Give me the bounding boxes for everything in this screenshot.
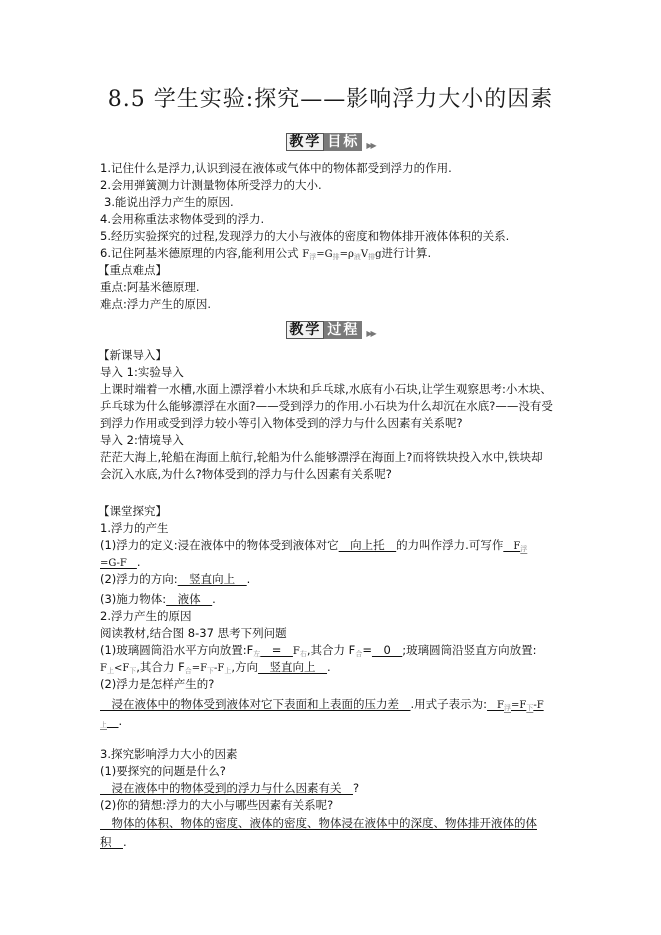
page-title: 8.5 学生实验:探究——影响浮力大小的因素 (0, 82, 661, 113)
goal-item: 1.记住什么是浮力,认识到浸在液体或气体中的物体都受到浮力的作用. (100, 160, 452, 176)
s3-q1-answer: 浸在液体中的物体受到的浮力与什么因素有关 ? (100, 780, 359, 796)
section-badge-process: 教学过程▶▶ (0, 319, 661, 339)
answer-blank: 积 (100, 835, 123, 849)
key-points-header: 【重点难点】 (98, 262, 167, 278)
intro1-title: 导入 1:实验导入 (100, 364, 184, 380)
intro1-line: 上课时端着一水槽,水面上漂浮着小木块和乒乓球,水底有小石块,让学生观察思考:小木… (100, 381, 552, 397)
double-arrow-icon: ▶▶ (366, 329, 374, 338)
s1-q3: (3)施力物体: 液体 . (100, 591, 216, 607)
answer-blank: 浸在液体中的物体受到的浮力与什么因素有关 (100, 781, 353, 795)
answer-blank: 竖直向上 (178, 572, 247, 586)
s1-q1: (1)浮力的定义:浸在液体中的物体受到液体对它 向上托 的力叫作浮力.可写作 F… (100, 537, 527, 557)
s2-q2-cont: 上 . (100, 713, 122, 733)
intro1-line: 乒乓球为什么能够漂浮在水面?——受到浮力的作用.小石块为什么却沉在水底?——没有… (100, 398, 553, 414)
answer-blank: 液体 (166, 592, 212, 606)
answer-blank: F (503, 541, 520, 552)
s3-q2-answer: 物体的体积、物体的密度、液体的密度、物体浸在液体中的深度、物体排开液体的体 (100, 815, 537, 831)
badge-right-label: 目标 (324, 133, 362, 151)
document-page: 8.5 学生实验:探究——影响浮力大小的因素 教学目标▶▶ 1.记住什么是浮力,… (0, 0, 661, 935)
explore-header: 【课堂探究】 (98, 503, 167, 519)
intro1-line: 到浮力作用或受到浮力较小等引入物体受到的浮力与什么因素有关系呢? (100, 415, 463, 431)
badge-left-label: 教学 (286, 321, 324, 339)
intro2-line: 会沉入水底,为什么?物体受到的浮力与什么因素有关系呢? (100, 466, 392, 482)
s1-q2: (2)浮力的方向: 竖直向上 . (100, 571, 250, 587)
answer-blank: 浸在液体中的物体受到液体对它下表面和上表面的压力差 (100, 697, 411, 711)
goal-item: 5.经历实验探究的过程,发现浮力的大小与液体的密度和物体排开液体体积的关系. (100, 228, 509, 244)
s1-q1-cont: =G-F . (100, 554, 141, 572)
answer-blank: 向上托 (339, 538, 397, 552)
answer-blank: 物体的体积、物体的密度、液体的密度、物体浸在液体中的深度、物体排开液体的体 (100, 816, 537, 830)
badge-right-label: 过程 (324, 321, 362, 339)
goal-item: 2.会用弹簧测力计测量物体所受浮力的大小. (100, 177, 322, 193)
answer-blank: =G-F (100, 558, 137, 569)
s2-q2-answer: 浸在液体中的物体受到液体对它下表面和上表面的压力差 .用式子表示为: F浮=F下… (100, 696, 544, 716)
double-arrow-icon: ▶▶ (366, 141, 374, 150)
s3-q1-title: (1)要探究的问题是什么? (100, 763, 226, 779)
s3-q2-title: (2)你的猜想:浮力的大小与哪些因素有关系呢? (100, 797, 333, 813)
answer-blank: F (487, 700, 504, 711)
key-difficulty: 难点:浮力产生的原因. (100, 296, 211, 312)
answer-blank: 0 (372, 643, 402, 657)
goal-item: 4.会用称重法求物体受到的浮力. (100, 211, 264, 227)
s3-title: 3.探究影响浮力大小的因素 (100, 746, 237, 762)
s2-q2-title: (2)浮力是怎样产生的? (100, 676, 214, 692)
s2-read: 阅读教材,结合图 8-37 思考下列问题 (100, 625, 287, 641)
s1-title: 1.浮力的产生 (100, 520, 168, 536)
intro2-title: 导入 2:情境导入 (100, 432, 184, 448)
answer-blank: 竖直向上 (258, 660, 327, 674)
s2-title: 2.浮力产生的原因 (100, 608, 191, 624)
goal-item: 3.能说出浮力产生的原因. (104, 194, 234, 210)
key-focus: 重点:阿基米德原理. (100, 279, 200, 295)
section-badge-goals: 教学目标▶▶ (0, 131, 661, 151)
s3-q2-answer-cont: 积 . (100, 834, 127, 850)
intro2-line: 茫茫大海上,轮船在海面上航行,轮船为什么能够漂浮在海面上?而将铁块投入水中,铁块… (100, 449, 543, 465)
intro-header: 【新课导入】 (98, 347, 167, 363)
badge-left-label: 教学 (286, 133, 324, 151)
answer-blank: = (260, 643, 293, 657)
